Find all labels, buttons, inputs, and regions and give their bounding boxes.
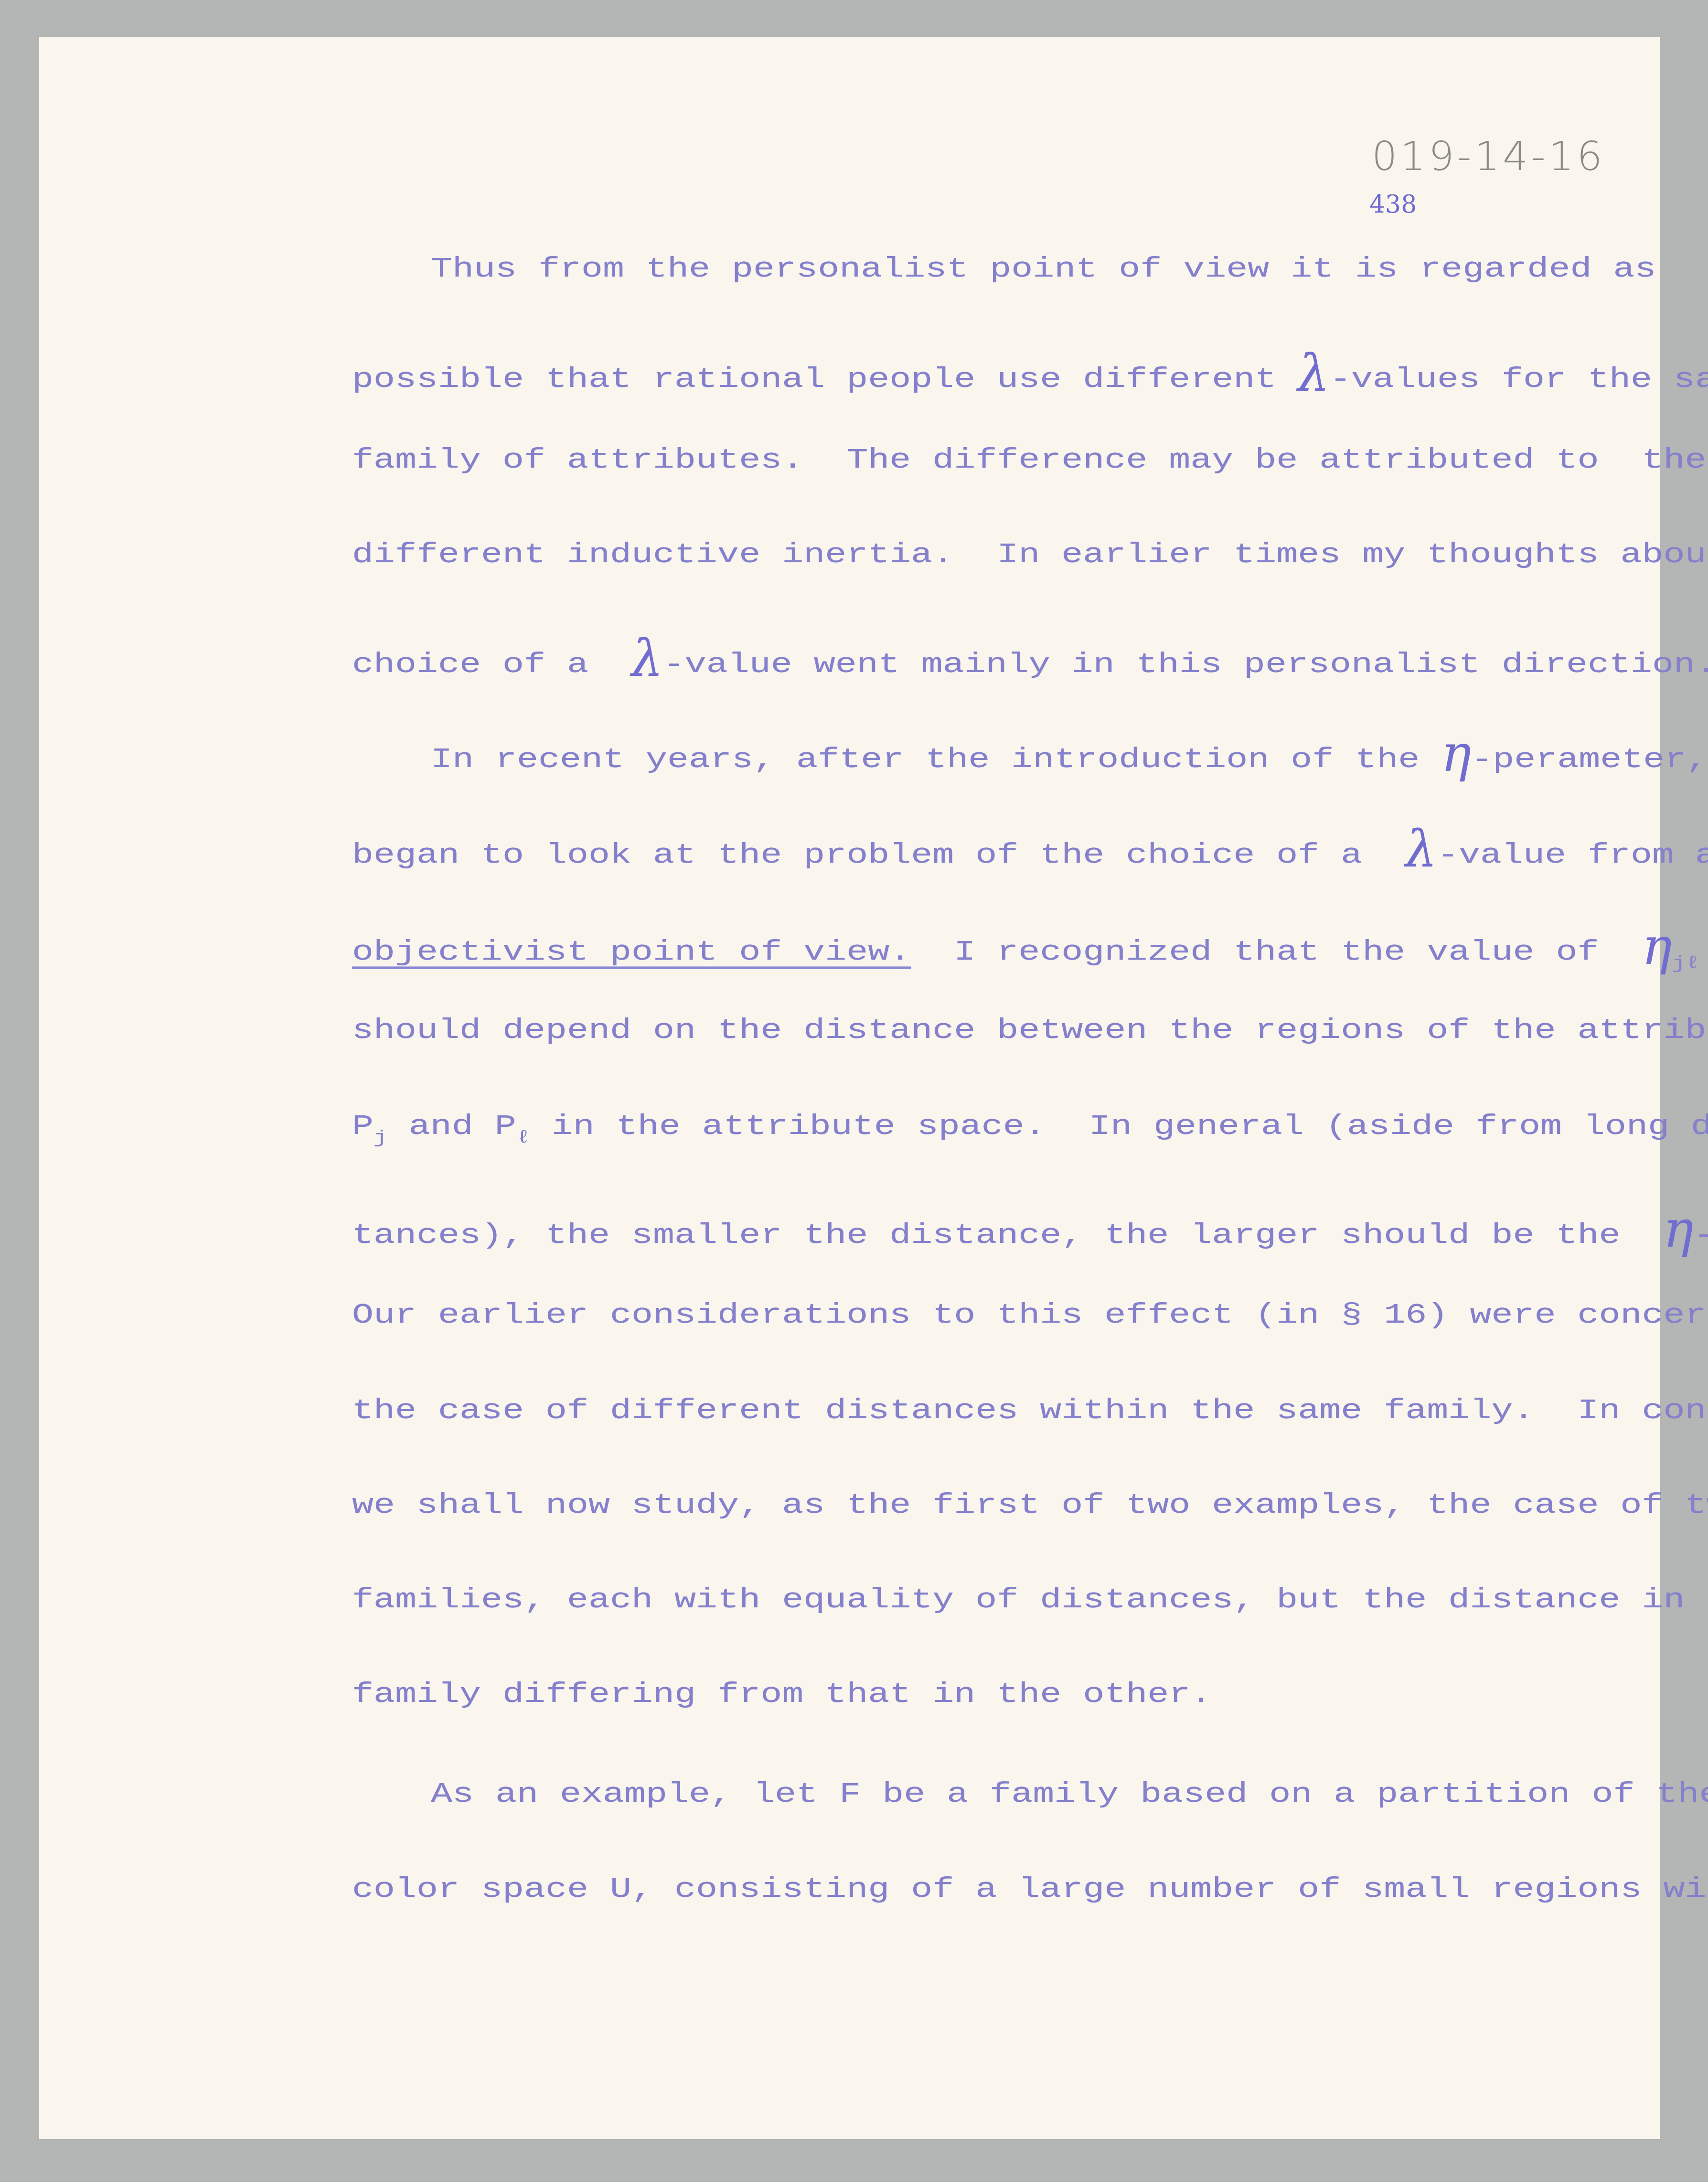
text-segment: -perameter, I (1471, 744, 1708, 776)
text-segment: P (352, 1111, 374, 1143)
text-line: As an example, let F be a family based o… (431, 1781, 1708, 1809)
text-line: objectivist point of view. I recognized … (352, 927, 1699, 973)
text-line: choice of a λ-value went mainly in this … (352, 639, 1708, 679)
text-line: we shall now study, as the first of two … (352, 1492, 1708, 1520)
text-segment: began to look at the problem of the choi… (352, 840, 1405, 871)
page-number: 438 (1369, 190, 1417, 219)
text-line: In recent years, after the introduction … (431, 734, 1708, 774)
archive-id-pencil: 019-14-16 (1372, 133, 1605, 180)
text-line: should depend on the distance between th… (352, 1017, 1708, 1045)
document-page: 019-14-16 438 Thus from the personalist … (39, 37, 1660, 2139)
text-line: color space U, consisting of a large num… (352, 1876, 1708, 1904)
lambda-symbol: λ (631, 633, 663, 684)
text-segment: -value went mainly in this personalist d… (663, 649, 1708, 681)
text-line: families, each with equality of distance… (352, 1586, 1708, 1615)
text-segment: In recent years, after the introduction … (431, 744, 1441, 776)
eta-symbol: η (1642, 921, 1672, 972)
lambda-symbol: λ (1298, 348, 1330, 399)
text-line: Our earlier considerations to this effec… (352, 1302, 1708, 1330)
text-line: possible that rational people use differ… (352, 354, 1708, 394)
text-line: the case of different distances within t… (352, 1397, 1708, 1425)
text-line: Thus from the personalist point of view … (431, 256, 1656, 284)
eta-symbol: η (1441, 728, 1471, 779)
text-line: family differing from that in the other. (352, 1681, 1212, 1709)
text-segment: I recognized that the value of (911, 937, 1642, 968)
text-line: Pj and Pℓ in the attribute space. In gen… (352, 1113, 1708, 1147)
eta-symbol: η (1663, 1204, 1693, 1255)
text-line: began to look at the problem of the choi… (352, 830, 1708, 869)
text-line: tances), the smaller the distance, the l… (352, 1210, 1708, 1250)
text-segment: -value. (1693, 1220, 1708, 1251)
text-segment: in the attribute space. In general (asid… (530, 1111, 1708, 1143)
text-segment: choice of a (352, 649, 631, 681)
text-segment: -values for the same (1330, 364, 1708, 396)
text-segment: possible that rational people use differ… (352, 364, 1298, 396)
subscript: ℓ (516, 1128, 530, 1148)
text-line: different inductive inertia. In earlier … (352, 541, 1708, 569)
subscript: jℓ (1672, 953, 1699, 973)
lambda-symbol: λ (1405, 824, 1437, 875)
text-segment: and P (387, 1111, 516, 1143)
subscript: j (374, 1128, 387, 1148)
text-line: family of attributes. The difference may… (352, 447, 1708, 475)
text-segment: -value from an (1437, 840, 1708, 871)
underlined-phrase: objectivist point of view. (352, 937, 911, 968)
text-segment: tances), the smaller the distance, the l… (352, 1220, 1663, 1251)
